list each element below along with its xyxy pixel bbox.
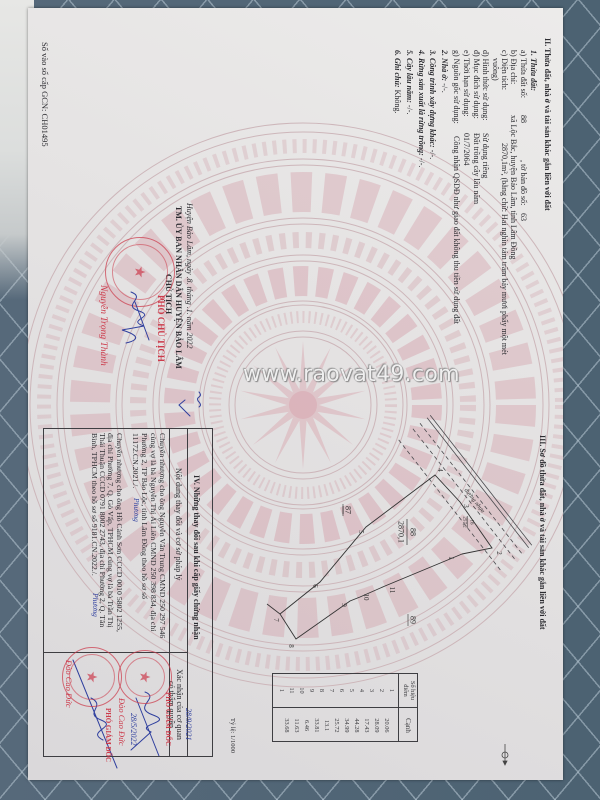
column-header-confirm-line1: Xác nhận của cơ quan bbox=[176, 652, 185, 757]
coordinate-table: Số hiệu điểm Cạnh 1234567891011120.0628.… bbox=[272, 673, 418, 742]
north-arrow-icon bbox=[502, 744, 508, 765]
point-number: 6 bbox=[337, 674, 345, 707]
edge-length: 25.72 bbox=[332, 708, 340, 743]
point-header-line-2: điểm bbox=[401, 674, 409, 707]
photo-frame: Số vào sổ cấp GCN: CH01495 II. Thửa đất,… bbox=[0, 0, 600, 800]
point-number: 8 bbox=[317, 674, 325, 707]
edge-length: 34.99 bbox=[342, 708, 350, 743]
change-entry-1-initials: Phương bbox=[132, 498, 141, 522]
vertex-label: 2 bbox=[495, 551, 503, 555]
neighbor-parcel-89: 89 bbox=[409, 616, 418, 624]
neighbor-parcel-87: 87 bbox=[344, 506, 353, 514]
edge-length: 33.81 bbox=[312, 708, 320, 743]
point-number: 1 bbox=[277, 674, 285, 707]
point-header-line-1: Số hiệu bbox=[408, 674, 416, 707]
land-use-certificate-sheet: Số vào sổ cấp GCN: CH01495 II. Thửa đất,… bbox=[28, 8, 563, 780]
edge-length: 20.06 bbox=[382, 708, 390, 743]
road-parcel-number: 16 bbox=[469, 520, 474, 526]
change-entry-1-signer: Đào Cao Đức bbox=[117, 698, 126, 746]
edge-length: 11.63 bbox=[292, 708, 300, 743]
seal-star-icon bbox=[139, 671, 151, 683]
edge-header: Cạnh bbox=[404, 708, 412, 743]
change-entry-2-line: địa chỉ Phường 7, Q. Gò Vấp, TPHCM cùng … bbox=[107, 433, 116, 627]
edge-length: 33.68 bbox=[282, 708, 290, 743]
vertex-label: 10 bbox=[362, 594, 370, 602]
vertex-label: 1 bbox=[447, 556, 455, 560]
change-entry-1-line: Chuyển nhượng cho ông Nguyễn Văn Trung C… bbox=[159, 433, 168, 638]
change-entry-1-date: 28/9/2021 bbox=[184, 708, 193, 740]
vertex-label: 8 bbox=[287, 644, 295, 648]
change-entry-2-line: Chuyển nhượng cho ông Hồ Cảnh Sơn CCCD 0… bbox=[116, 433, 125, 632]
vertex-label: 6 bbox=[311, 584, 319, 588]
point-number: 5 bbox=[347, 674, 355, 707]
point-number: 3 bbox=[367, 674, 375, 707]
edge-length: 6.46 bbox=[302, 708, 310, 743]
edge-length: 17.43 bbox=[362, 708, 370, 743]
change-entry-2-stamp-title: PHÓ GIÁM ĐỐC bbox=[103, 708, 112, 762]
change-entry-2-signer: Đào Cao Đức bbox=[64, 660, 73, 708]
edge-length: 13.1 bbox=[322, 708, 330, 743]
point-number: 1 bbox=[387, 674, 395, 707]
map-scale: Tỷ lệ: 1/1000 bbox=[228, 718, 237, 753]
change-entry-2-date: 28/5/2022 bbox=[129, 713, 138, 745]
point-number: 11 bbox=[287, 674, 295, 707]
vertex-label: 9 bbox=[340, 603, 348, 607]
vertex-label: 5 bbox=[357, 530, 365, 534]
vertex-label: 3 bbox=[462, 504, 470, 508]
point-number: 9 bbox=[307, 674, 315, 707]
change-entry-1-stamp-title: PHÓ GIÁM ĐỐC bbox=[163, 692, 172, 746]
vertex-label: 4 bbox=[436, 468, 444, 472]
change-entry-1-line: cùng vợ là bà Nguyễn Thị Ái Liên CMND 25… bbox=[150, 433, 159, 631]
edge-length: 28.09 bbox=[372, 708, 380, 743]
point-number: 10 bbox=[297, 674, 305, 707]
edge-length: 44.28 bbox=[352, 708, 360, 743]
certificate-pages-2-3: Số vào sổ cấp GCN: CH01495 II. Thửa đất,… bbox=[28, 8, 563, 780]
parcel-area-label: 2870,1 bbox=[397, 521, 406, 543]
change-entry-2-line: Bình, TPHCM theo hồ sơ số 9181.CN.2022./… bbox=[91, 433, 100, 576]
tick-mark bbox=[179, 400, 190, 416]
change-entry-2-initials: Phương bbox=[91, 593, 100, 617]
vertex-label: 7 bbox=[272, 618, 280, 622]
website-watermark: www.raovat49.com bbox=[243, 362, 460, 388]
point-number: 7 bbox=[327, 674, 335, 707]
seal-star-icon bbox=[86, 671, 98, 683]
change-entry-1-line: Phường 2, TP Bảo Lộc, tỉnh Lâm Đồng theo… bbox=[141, 433, 150, 599]
parcel-number-label: 88 bbox=[409, 528, 418, 536]
point-number: 4 bbox=[357, 674, 365, 707]
road-parcel-area: 257,2 bbox=[462, 516, 467, 528]
parcel-88-boundary bbox=[280, 475, 492, 639]
column-header-content: Nội dung thay đổi và cơ sở pháp lý bbox=[174, 468, 183, 580]
changes-column-divider bbox=[43, 652, 188, 653]
point-number: 2 bbox=[377, 674, 385, 707]
change-entry-1-line: 11172.CN.2021./. bbox=[132, 433, 141, 488]
chairman-signature bbox=[122, 292, 149, 343]
vertex-label: 11 bbox=[388, 587, 396, 594]
section-iv-title: IV. Những thay đổi sau khi cấp giấy chứn… bbox=[192, 475, 201, 640]
date-handwriting-mark bbox=[198, 392, 201, 407]
